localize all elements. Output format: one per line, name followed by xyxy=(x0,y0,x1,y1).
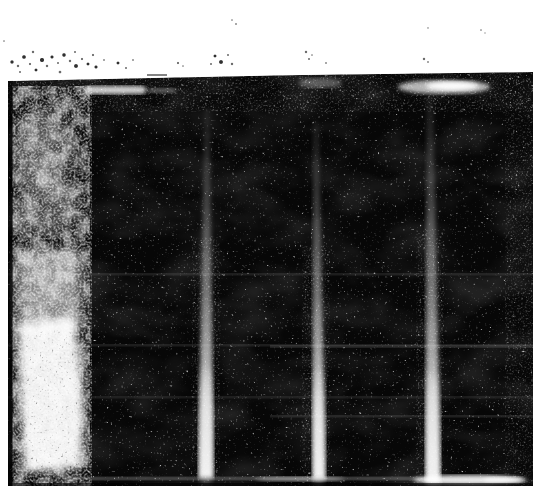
margin-speck xyxy=(325,62,327,64)
margin-speck xyxy=(22,55,26,59)
margin-speck xyxy=(51,56,54,59)
margin-speck xyxy=(484,32,485,33)
margin-speck xyxy=(210,63,212,65)
margin-speck xyxy=(35,69,38,72)
margin-speck xyxy=(117,62,120,65)
margin-speck xyxy=(10,60,13,63)
margin-speck xyxy=(423,58,425,60)
margin-speck xyxy=(219,60,223,64)
margin-speck xyxy=(227,54,229,56)
margin-gray-dash xyxy=(147,74,167,76)
margin-speck xyxy=(480,29,482,31)
margin-speck xyxy=(235,23,237,25)
margin-speck xyxy=(69,60,71,62)
margin-speck xyxy=(19,71,21,73)
left-border-shadow xyxy=(8,78,13,486)
margin-speck xyxy=(62,53,65,56)
margin-speck xyxy=(125,67,127,69)
margin-speck xyxy=(132,59,134,61)
margin-speck xyxy=(231,63,233,65)
margin-speck xyxy=(311,54,313,56)
margin-speck xyxy=(182,65,184,67)
margin-speck xyxy=(57,62,59,64)
margin-speck xyxy=(305,51,307,53)
margin-speck xyxy=(177,62,179,64)
margin-speck xyxy=(32,51,34,53)
photo-canvas xyxy=(0,0,533,486)
margin-speck xyxy=(46,65,48,67)
margin-speck xyxy=(40,58,44,62)
margin-speck xyxy=(3,40,5,42)
margin-speck xyxy=(103,59,105,61)
margin-speck xyxy=(74,64,78,68)
margin-speck xyxy=(81,58,83,60)
photo xyxy=(8,72,533,486)
margin-speck xyxy=(427,61,429,63)
margin-speck xyxy=(92,54,94,56)
margin-speck xyxy=(17,65,19,67)
right-edge-mottle xyxy=(505,75,533,486)
margin-speck xyxy=(231,19,233,21)
margin-speck xyxy=(308,58,310,60)
global-grain-layer xyxy=(8,72,533,486)
margin-speck xyxy=(214,55,217,58)
margin-speck xyxy=(87,63,90,66)
margin-speck xyxy=(59,71,62,74)
margin-speck xyxy=(29,63,31,65)
margin-speck xyxy=(95,66,98,69)
margin-speck xyxy=(427,27,428,28)
margin-speck xyxy=(74,51,76,53)
scanned-photo-figure xyxy=(0,0,533,486)
